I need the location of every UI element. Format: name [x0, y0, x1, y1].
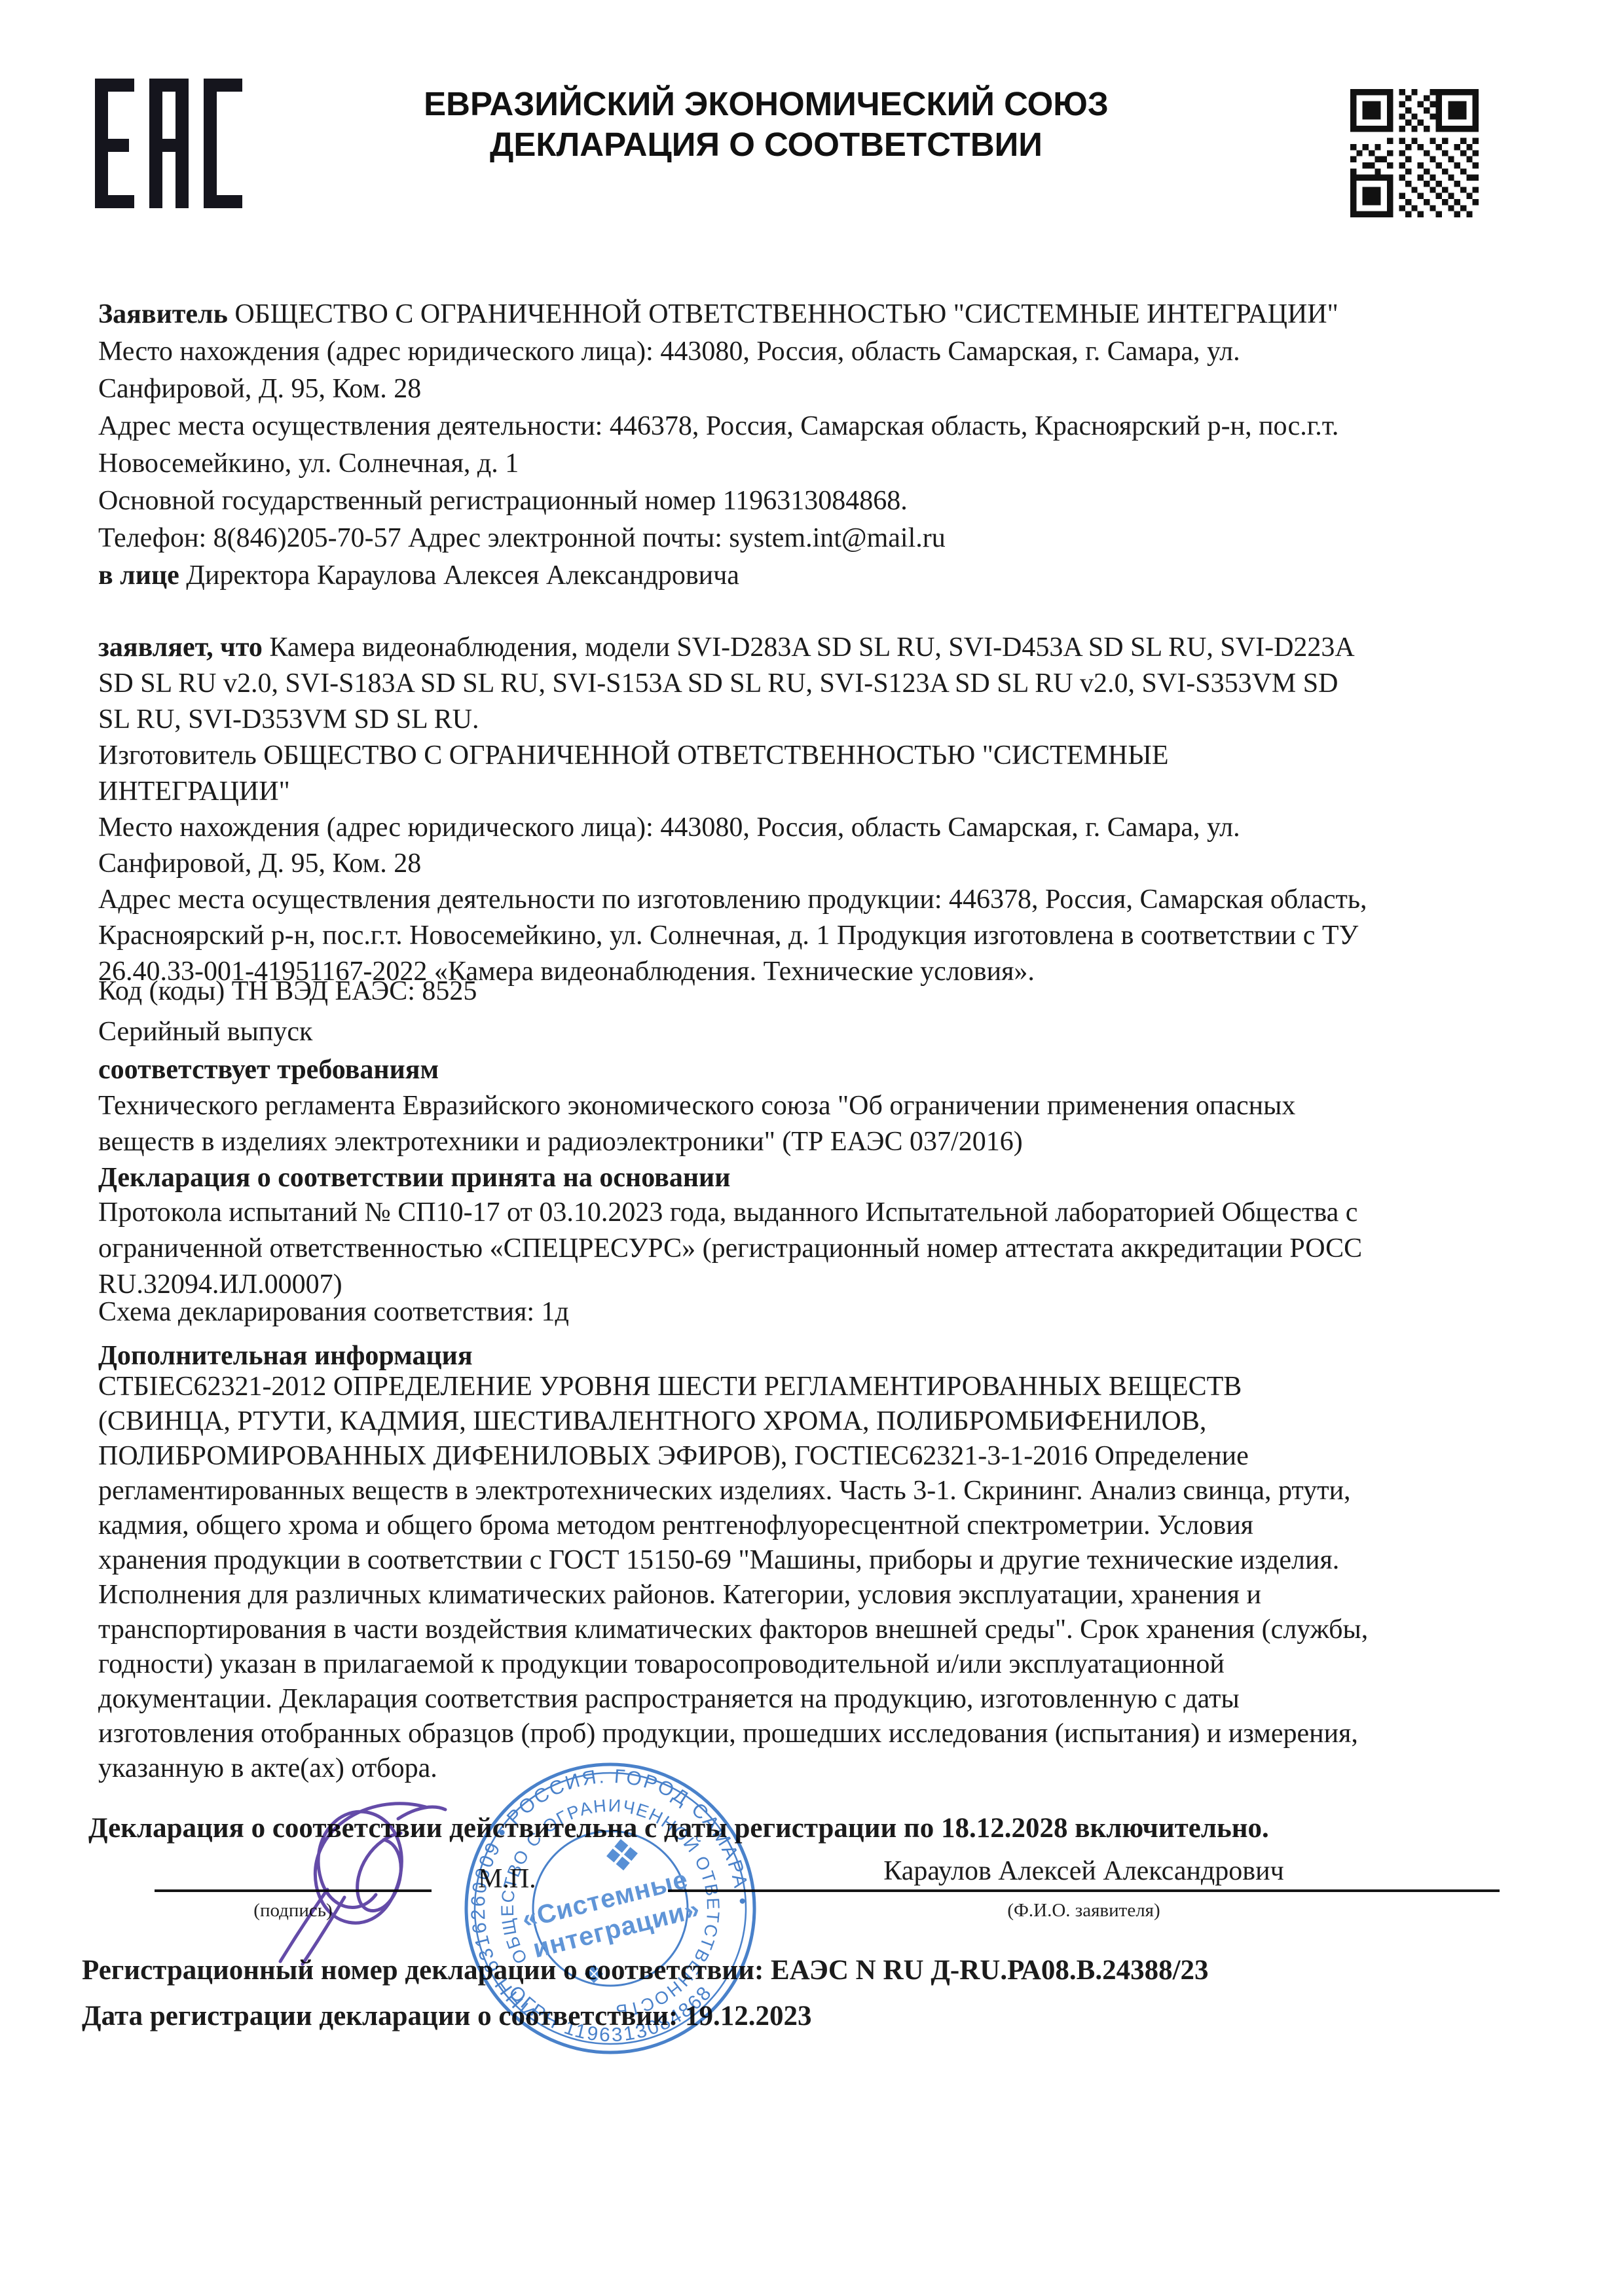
- requirements-block: Технического регламента Евразийского эко…: [98, 1088, 1565, 1160]
- document-header: ЕВРАЗИЙСКИЙ ЭКОНОМИЧЕСКИЙ СОЮЗ ДЕКЛАРАЦИ…: [282, 84, 1251, 165]
- text-line: Адрес места осуществления деятельности: …: [98, 408, 1565, 445]
- text-line: SL RU, SVI-D353VM SD SL RU.: [98, 702, 1565, 738]
- svg-text:ОГРН 1196313084868: ОГРН 1196313084868: [504, 1981, 716, 2046]
- company-stamp: ИНН 6316260609 • РОССИЯ. ГОРОД САМАРА • …: [460, 1758, 761, 2059]
- text-line: (СВИНЦА, РТУТИ, КАДМИЯ, ШЕСТИВАЛЕНТНОГО …: [98, 1404, 1565, 1439]
- basis-block: Протокола испытаний № СП10-17 от 03.10.2…: [98, 1195, 1565, 1303]
- union-title: ЕВРАЗИЙСКИЙ ЭКОНОМИЧЕСКИЙ СОЮЗ: [282, 84, 1251, 124]
- text-line: веществ в изделиях электротехники и ради…: [98, 1124, 1565, 1160]
- text-line: Место нахождения (адрес юридического лиц…: [98, 810, 1565, 846]
- requirements-heading: соответствует требованиям: [98, 1054, 439, 1085]
- text-line: документации. Декларация соответствия ра…: [98, 1682, 1565, 1717]
- stamp-logo-icon: [606, 1839, 638, 1870]
- text-line: регламентированных веществ в электротехн…: [98, 1474, 1565, 1508]
- serial-release-line: Серийный выпуск: [98, 1016, 312, 1048]
- doc-title: ДЕКЛАРАЦИЯ О СООТВЕТСТВИИ: [282, 124, 1251, 165]
- text-line: кадмия, общего хрома и общего брома мето…: [98, 1508, 1565, 1543]
- text-line: хранения продукции в соответствии с ГОСТ…: [98, 1543, 1565, 1578]
- additional-heading: Дополнительная информация: [98, 1340, 473, 1372]
- eac-logo-icon: [95, 79, 242, 208]
- stamp-ring-bottom-text: ОГРН 1196313084868: [504, 1981, 716, 2046]
- text-line: Санфировой, Д. 95, Ком. 28: [98, 371, 1565, 408]
- text-line: Основной государственный регистрационный…: [98, 483, 1565, 520]
- text-line: заявляет, что Камера видеонаблюдения, мо…: [98, 630, 1565, 666]
- text-line: в лице Директора Караулова Алексея Алекс…: [98, 557, 1565, 594]
- text-line: Изготовитель ОБЩЕСТВО С ОГРАНИЧЕННОЙ ОТВ…: [98, 738, 1565, 774]
- scheme-line: Схема декларирования соответствия: 1д: [98, 1296, 569, 1328]
- text-line: транспортирования в части воздействия кл…: [98, 1613, 1565, 1647]
- qr-code: [1350, 89, 1479, 217]
- text-line: ИНТЕГРАЦИИ": [98, 774, 1565, 810]
- text-line: Заявитель ОБЩЕСТВО С ОГРАНИЧЕННОЙ ОТВЕТС…: [98, 296, 1565, 333]
- text-line: Протокола испытаний № СП10-17 от 03.10.2…: [98, 1195, 1565, 1231]
- text-line: Красноярский р-н, пос.г.т. Новосемейкино…: [98, 918, 1565, 954]
- text-line: годности) указан в прилагаемой к продукц…: [98, 1647, 1565, 1682]
- text-line: Новосемейкино, ул. Солнечная, д. 1: [98, 445, 1565, 483]
- declaration-document: ЕВРАЗИЙСКИЙ ЭКОНОМИЧЕСКИЙ СОЮЗ ДЕКЛАРАЦИ…: [0, 0, 1624, 2296]
- basis-heading: Декларация о соответствии принята на осн…: [98, 1162, 730, 1194]
- signature: [229, 1779, 491, 1969]
- applicant-block: Заявитель ОБЩЕСТВО С ОГРАНИЧЕННОЙ ОТВЕТС…: [98, 296, 1565, 594]
- text-line: ограниченной ответственностью «СПЕЦРЕСУР…: [98, 1231, 1565, 1267]
- additional-info-block: СТБIEC62321-2012 ОПРЕДЕЛЕНИЕ УРОВНЯ ШЕСТ…: [98, 1370, 1565, 1786]
- product-block: заявляет, что Камера видеонаблюдения, мо…: [98, 630, 1565, 990]
- name-line: [668, 1889, 1500, 1892]
- text-line: Исполнения для различных климатических р…: [98, 1578, 1565, 1613]
- text-line: СТБIEC62321-2012 ОПРЕДЕЛЕНИЕ УРОВНЯ ШЕСТ…: [98, 1370, 1565, 1404]
- text-line: SD SL RU v2.0, SVI-S183A SD SL RU, SVI-S…: [98, 666, 1565, 702]
- stamp-small-diamond-icon: [585, 1965, 603, 1983]
- text-line: изготовления отобранных образцов (проб) …: [98, 1717, 1565, 1751]
- text-line: Санфировой, Д. 95, Ком. 28: [98, 846, 1565, 882]
- text-line: ПОЛИБРОМИРОВАННЫХ ДИФЕНИЛОВЫХ ЭФИРОВ), Г…: [98, 1439, 1565, 1474]
- text-line: Место нахождения (адрес юридического лиц…: [98, 333, 1565, 371]
- name-label: (Ф.И.О. заявителя): [668, 1900, 1500, 1922]
- text-line: Технического регламента Евразийского эко…: [98, 1088, 1565, 1124]
- text-line: Телефон: 8(846)205-70-57 Адрес электронн…: [98, 520, 1565, 557]
- text-line: Адрес места осуществления деятельности п…: [98, 882, 1565, 918]
- tnved-code-line: Код (коды) ТН ВЭД ЕАЭС: 8525: [98, 975, 477, 1007]
- applicant-name: Караулов Алексей Александрович: [668, 1855, 1500, 1887]
